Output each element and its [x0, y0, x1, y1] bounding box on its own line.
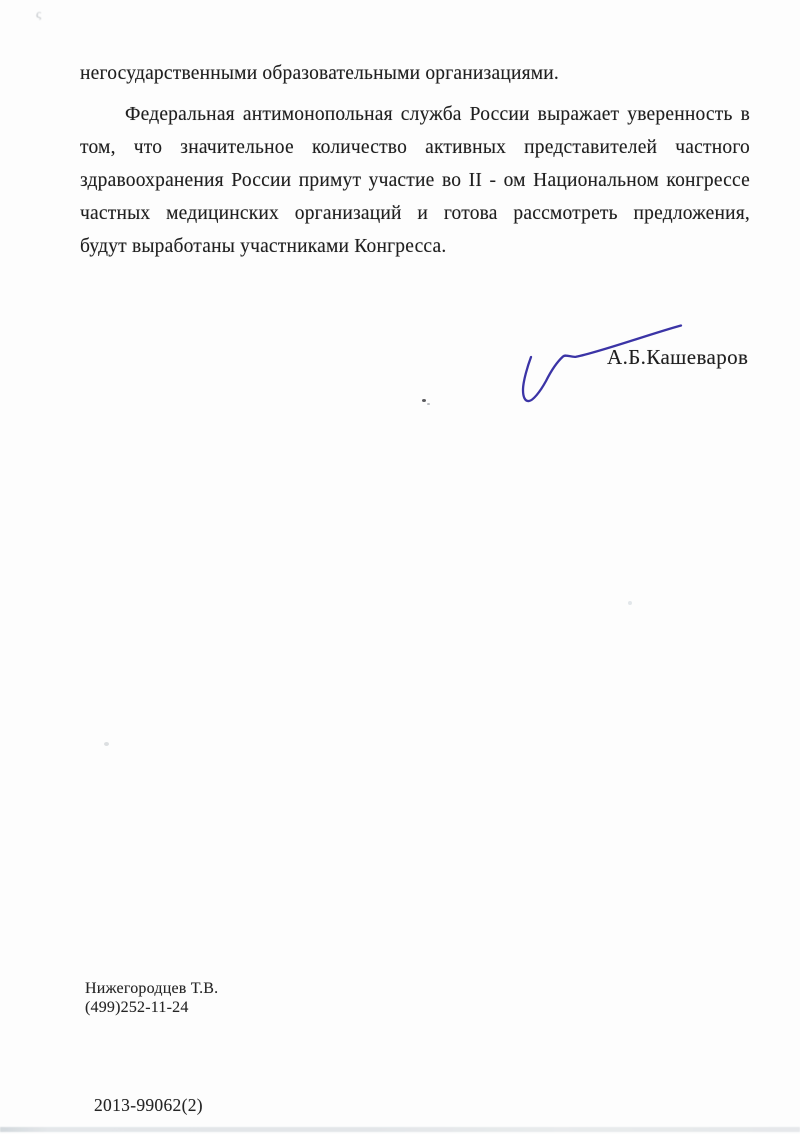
- executor-block: Нижегородцев Т.В. (499)252-11-24: [85, 980, 218, 1017]
- paragraph-line: Федеральная антимонопольная служба Росси…: [80, 98, 750, 131]
- signer-name: А.Б.Кашеваров: [607, 345, 748, 370]
- main-paragraph: Федеральная антимонопольная служба Росси…: [80, 98, 750, 263]
- executor-name: Нижегородцев Т.В.: [85, 980, 218, 999]
- scan-speck: [104, 742, 109, 746]
- scan-speck: [427, 403, 430, 405]
- document-registration-number: 2013-99062(2): [94, 1095, 203, 1116]
- executor-phone: (499)252-11-24: [85, 999, 218, 1018]
- scan-speck: [422, 399, 426, 402]
- scanned-letter-page: ς негосударственными образовательными ор…: [0, 0, 800, 1134]
- paragraph-line: частных медицинских организаций и готова…: [80, 197, 750, 230]
- paragraph-line: том, что значительное количество активны…: [80, 131, 750, 164]
- paragraph-line: будут выработаны участниками Конгресса.: [80, 230, 750, 263]
- scan-artifact-mark: ς: [36, 6, 41, 22]
- paragraph-line: здравоохранения России примут участие во…: [80, 164, 750, 197]
- scan-speck: [628, 601, 632, 605]
- scan-edge-shadow: [0, 1127, 800, 1132]
- paragraph-continuation-line: негосударственными образовательными орга…: [80, 57, 750, 90]
